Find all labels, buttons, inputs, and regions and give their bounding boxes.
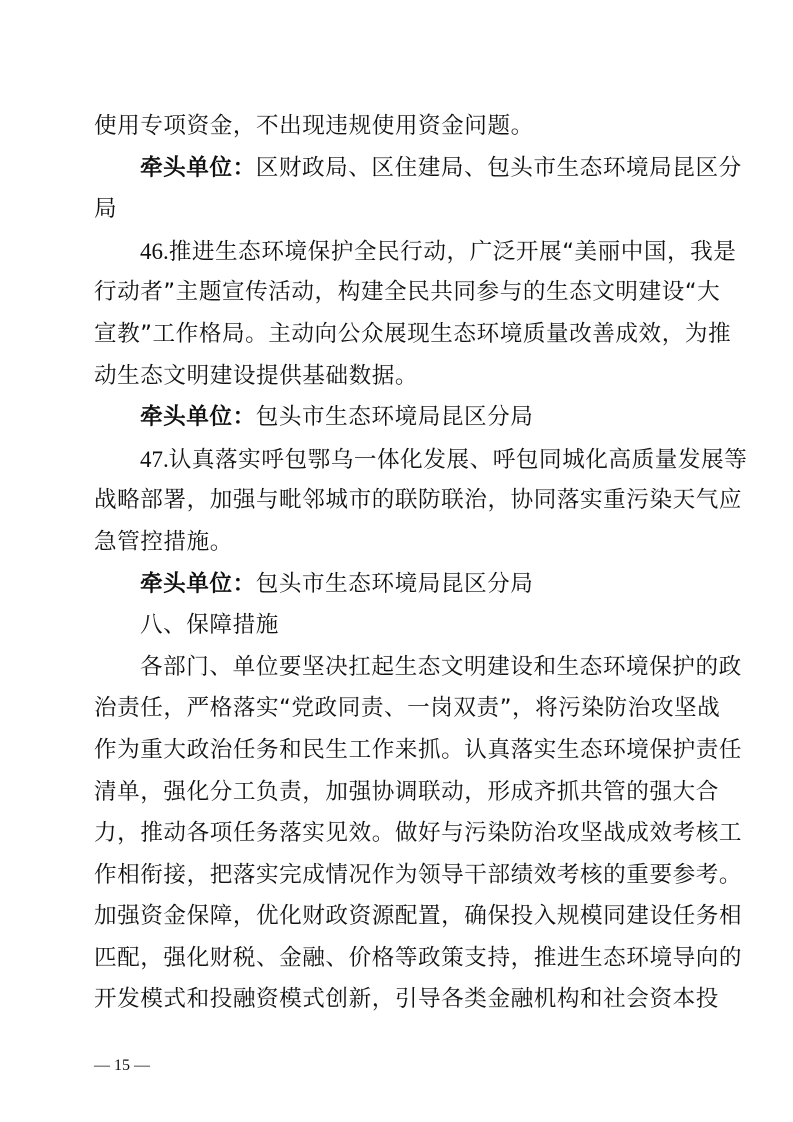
lead-unit-value: 区财政局、区住建局、包头市生态环境局昆区分	[256, 155, 742, 181]
item-number: 46.	[140, 239, 169, 264]
body-text-line: 匹配，强化财税、金融、价格等政策支持，推进生态环境导向的	[94, 938, 701, 980]
body-text-line: 宣教”工作格局。主动向公众展现生态环境质量改善成效，为推	[94, 314, 701, 356]
body-text-line: 开发模式和投融资模式创新，引导各类金融机构和社会资本投	[94, 979, 701, 1021]
body-text-line: 行动者”主题宣传活动，构建全民共同参与的生态文明建设“大	[94, 272, 701, 314]
item-text: 认真落实呼包鄂乌一体化发展、呼包同城化高质量发展等	[169, 447, 748, 473]
body-text-line: 加强资金保障，优化财政资源配置，确保投入规模同建设任务相	[94, 896, 701, 938]
page-number: — 15 —	[94, 1057, 150, 1075]
section-heading: 八、保障措施	[94, 605, 701, 647]
item-46-heading: 46.推进生态环境保护全民行动，广泛开展“美丽中国，我是	[94, 231, 701, 273]
lead-unit-value: 包头市生态环境局昆区分局	[256, 571, 534, 597]
body-text-line: 力，推动各项任务落实见效。做好与污染防治攻坚战成效考核工	[94, 813, 701, 855]
lead-unit-label: 牵头单位：	[140, 404, 256, 430]
item-text: 推进生态环境保护全民行动，广泛开展“美丽中国，我是	[169, 239, 737, 265]
body-text-line: 局	[94, 189, 701, 231]
lead-unit-line: 牵头单位：区财政局、区住建局、包头市生态环境局昆区分	[94, 148, 701, 190]
body-text-line: 清单，强化分工负责，加强协调联动，形成齐抓共管的强大合	[94, 772, 701, 814]
item-47-heading: 47.认真落实呼包鄂乌一体化发展、呼包同城化高质量发展等	[94, 439, 701, 481]
lead-unit-line: 牵头单位：包头市生态环境局昆区分局	[94, 564, 701, 606]
body-text-line: 战略部署，加强与毗邻城市的联防联治，协同落实重污染天气应	[94, 480, 701, 522]
lead-unit-label: 牵头单位：	[140, 571, 256, 597]
body-text-line: 动生态文明建设提供基础数据。	[94, 356, 701, 398]
item-number: 47.	[140, 447, 169, 472]
body-text-line: 治责任，严格落实“党政同责、一岗双责”，将污染防治攻坚战	[94, 688, 701, 730]
lead-unit-line: 牵头单位：包头市生态环境局昆区分局	[94, 397, 701, 439]
document-page: 使用专项资金，不出现违规使用资金问题。 牵头单位：区财政局、区住建局、包头市生态…	[94, 106, 701, 1021]
lead-unit-label: 牵头单位：	[140, 155, 256, 181]
body-text-line: 使用专项资金，不出现违规使用资金问题。	[94, 106, 701, 148]
body-text-line: 急管控措施。	[94, 522, 701, 564]
body-text-line: 作为重大政治任务和民生工作来抓。认真落实生态环境保护责任	[94, 730, 701, 772]
lead-unit-value: 包头市生态环境局昆区分局	[256, 404, 534, 430]
body-text-line: 作相衔接，把落实完成情况作为领导干部绩效考核的重要参考。	[94, 855, 701, 897]
body-text-line: 各部门、单位要坚决扛起生态文明建设和生态环境保护的政	[94, 647, 701, 689]
